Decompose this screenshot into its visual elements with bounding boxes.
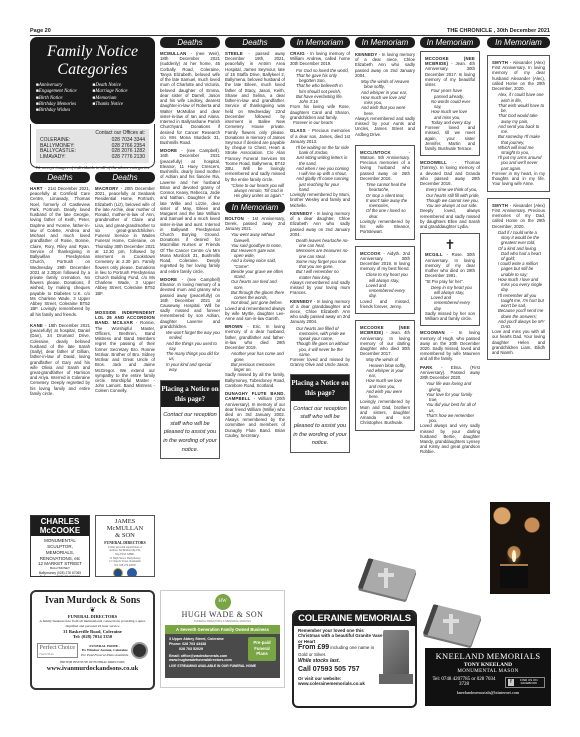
coleraine-memorials-ad: COLERAINE MEMORIALS Remember your loved … [292,610,417,708]
verse: Another year has come and gone,But preci… [225,351,285,372]
placing-notice-title: Placing a Notice on this page? [291,375,349,401]
notice-mccooke: MCCOOKE (NEE MCBRIDE) - Jean. 4th Annive… [420,51,480,156]
notice-moore: MOORE - (nee Campbell). 16th December 20… [160,148,220,274]
notice-kennedy: KENNEDY - In loving memory of a dear nie… [355,52,415,78]
deaths-column-1: Deaths HART - 21st December 2021, peacef… [30,172,90,399]
kneeland-memorials-ad: KNEELAND MEMORIALS TONY KNEELAND MONUMEN… [425,648,551,706]
notice-mcdowell: MCDOWELL - Thomas (Tommy). In loving mem… [420,160,480,186]
notice-moore: MOORE - (nee Campbell) Eleanor. In lovin… [160,277,220,329]
verse: I'll be waiting on the far side bank of … [290,145,350,192]
category-item: Engagement Notice [36,89,93,95]
verse: Death leaves heartache no-one can heal,M… [290,238,350,280]
notice-mccooke: MCCOOKE (NEE MCBRIDE) - Jean. 4th Annive… [355,320,415,430]
verse: Close to my heart you will always stay,L… [360,272,410,298]
category-item: Birthday Wishes [36,108,93,114]
prepaid-plans-badge: Pre-paid Funeral Plans [248,637,276,661]
placing-notice-box: Placing a Notice on this page? Contact o… [160,380,220,459]
notice-kennedy: KENNEDY - In loving memory of a dear gra… [290,299,350,325]
verse: Alex, if I could have one wish in life,T… [492,92,545,171]
ornament-icon: ❦ [32,607,153,614]
notice-mccook: MCCOOK - Aidyth. 2nd Anniversary. 30th D… [355,246,415,315]
notice-macrory: MACRORY - 20th December 2021, peacefully… [95,186,155,296]
headstone-image [383,630,409,675]
notice-hart: HART - 21st December 2021, peacefully at… [30,186,90,317]
notice-smyth: SMYTH - Alexander (Alex) First Anniversa… [487,55,550,192]
bible-cross-image [425,606,480,644]
charles-mccooke-ad: CHARLES McCOOKE MONUMENTALSCULPTOR,MEMOR… [30,515,90,577]
verse: "Close to our hearts you will always rem… [225,183,285,199]
category-item: Birthday Memories [36,102,93,108]
category-item: Marriage Notice [93,89,150,95]
page-header: Page 20 THE CHRONICLE , 30th December 20… [30,28,550,36]
verse: Deep in my heart you will always stay,Lo… [425,285,475,311]
notice-glass: GLASS - Precious memories of a dear son,… [290,128,350,144]
memoriam-heading: In Memoriam [355,37,415,48]
notice-steele: STEELE - passed away December 19th, 2021… [225,51,285,182]
murdock-website-link[interactable]: www.ivanmurdockandsons.co.uk [32,665,153,673]
contact-title: Contact our Offices at: [40,131,145,137]
notice-mcgill: ✝ MCGILL - Rose. 30th Anniversary. In lo… [420,233,480,326]
hugh-wade-ad: HW HUGH WADE & SON FUNERAL DIRECTORS & M… [160,590,285,688]
deaths-column-4: Deaths STEELE - passed away December 19t… [225,37,285,441]
notice-park: PARK - Elma. (First Anniversary). Passed… [420,365,480,381]
office-row: LIMAVADY:028 7776 2130 [40,155,145,161]
james-mcmullan-ad: JAMES McMULLAN & SON FUNERAL DIRECTORS U… [95,515,155,577]
contact-offices: Contact our Offices at: COLERAINE:028 70… [30,124,155,168]
placing-notice-title: Placing a Notice on this page? [161,381,219,407]
categories-footer: We accept images of individuals in all o… [31,163,154,171]
category-item: Death Notice [93,83,150,89]
verse: We won't forget the way you smiled,And t… [160,330,220,372]
notice-mcclintock: MCCLINTOCK - Watson. 5th Anniversary. Pr… [355,145,415,240]
deaths-column-3: Deaths MCMULLAN - (nee Weir), 18th Decem… [160,37,220,459]
memoriam-column-5: In Memoriam CRAIG - In loving memory of … [290,37,350,453]
memoriam-heading: In Memoriam [290,37,350,48]
publication-date: THE CHRONICLE , 30th December 2021 [447,28,550,35]
deaths-heading: Deaths [30,172,90,183]
notice-mosside: MOSSIDE INDEPENDENT LOL 25 AND ACCORDION… [95,310,155,394]
notice-mcmullan: MCMULLAN - (nee Weir), 18th December 202… [160,51,220,145]
candle-image [490,502,550,594]
verse: Your life was loving and giving,Your lov… [420,381,480,423]
category-item: Anniversary [36,83,93,89]
crest-icon [131,642,148,659]
memoriam-heading: In Memoriam [420,37,480,48]
placing-notice-body: Contact our reception staff who will be … [291,401,349,452]
memoriam-column-8: In Memoriam SMYTH - Alexander (Alex) Fir… [487,37,550,364]
verse: Dad if I could write a story it would be… [492,230,545,329]
page-number: Page 20 [30,28,51,35]
verse: Four years have passed already,No words … [425,88,475,125]
cross-icon: ✝ [425,238,475,252]
category-item: Thanks Notice [93,102,150,108]
verse: For God so loved the world,That he gave … [290,68,350,105]
verse: Time cannot heal the heartache,Or stop a… [360,182,410,219]
memoriam-heading: In Memoriam [487,37,550,48]
phone-number: 028 7776 2130 [112,155,145,161]
deaths-column-2: Deaths MACRORY - 20th December 2021, pea… [95,172,155,397]
notice-smyth: SMYTH - Alexander (Alex) First Anniversa… [487,198,550,361]
notice-kane: KANE - 18th December 2021 (peacefully) a… [30,323,90,396]
family-notice-categories: Family NoticeCategories Anniversary Deat… [30,37,155,124]
deaths-heading: Deaths [225,37,285,48]
memoriam-column-6: In Memoriam KENNEDY - In loving memory o… [355,37,415,435]
notice-brown: BROWN - Eric. In loving memory of a dear… [225,324,285,350]
facebook-icon: f [508,679,514,685]
association-logo-icon [127,568,137,577]
crest-icon [113,568,123,577]
verse: You went away without farewell,You said … [225,232,285,305]
notice-bolton: BOLTON - 1st Anniversary, Derek, passed … [225,216,285,232]
verse: May the winds of Heaven blow softly,And … [355,79,415,116]
categories-title: Family NoticeCategories [30,43,155,79]
placing-notice-box: Placing a Notice on this page? Contact o… [290,374,350,453]
notice-craig: CRAIG - In loving memory of William Andr… [290,51,350,67]
placing-notice-body: Contact our reception staff who will be … [161,407,219,458]
memoriam-heading: In Memoriam [225,202,285,213]
category-item: Birth Notice [36,96,93,102]
facebook-button[interactable]: f FIND US ON FACEBOOK [505,677,545,688]
notice-dunaghy: DUNAGHY FLUTE BAND. CAMPBELL - William (… [225,391,285,438]
verse: May the winds of Heaven blow softly,And … [360,357,410,399]
ivan-murdock-ad: Ivan Murdock & Sons ❦ FUNERAL DIRECTORS … [30,590,155,690]
notice-kennedy: KENNEDY - In loving memory of a dear dau… [290,211,350,237]
kneeland-email-link[interactable]: kneelandmemorials@btinternet.com [425,690,551,695]
hw-logo-icon: HW [215,594,231,610]
category-list: Anniversary Death Notice Engagement Noti… [30,79,155,114]
deaths-heading: Deaths [95,172,155,183]
memoriam-column-7: In Memoriam MCCOOKE (NEE MCBRIDE) - Jean… [420,37,480,458]
category-item: Memoriam [93,96,150,102]
kneeland-phone[interactable]: Tel: 0748 4207785 or 028 7034 3728 [431,677,497,688]
verse: Our hearts are filled of memories, with … [290,326,350,357]
bible-cross-image [360,560,415,598]
notice-mcgowan: MCGOWAN - In loving memory of Hugh, who … [420,330,480,361]
verse: Every time we think of you,Our hearts st… [420,187,480,208]
deaths-heading: Deaths [160,37,220,48]
